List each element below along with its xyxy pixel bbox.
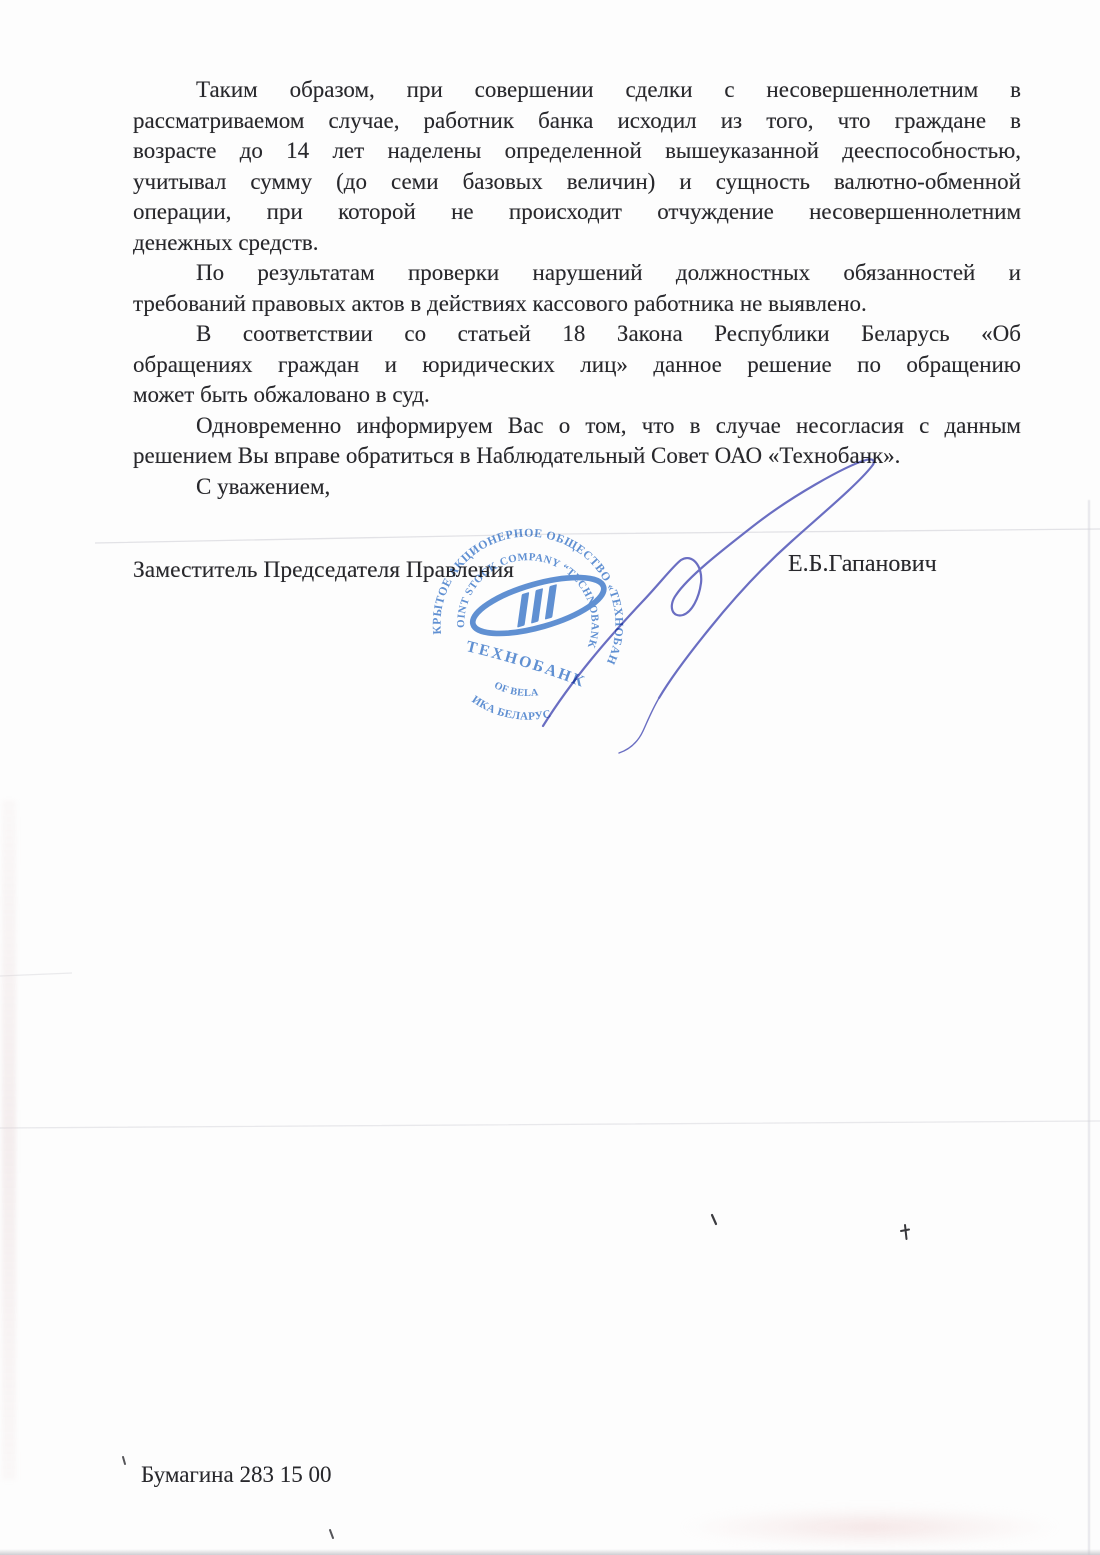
letter-paragraph: Одновременно информируем Вас о том, что … bbox=[133, 411, 1021, 472]
text-line: денежных средств. bbox=[133, 228, 1021, 259]
text-line: По результатам проверки нарушений должно… bbox=[133, 258, 1021, 289]
letter-paragraph: С уважением, bbox=[133, 472, 1021, 503]
stamp-center-label: ТЕХНОБАНК bbox=[464, 638, 588, 691]
scan-edge-line bbox=[1088, 500, 1090, 1555]
text-line: требований правовых актов в действиях ка… bbox=[133, 289, 1021, 320]
scan-edge-shadow bbox=[0, 1549, 1100, 1555]
stamp-ring-text: ОТКРЫТОЕ АКЦИОНЕРНОЕ ОБЩЕСТВО «ТЕХНОБАНК… bbox=[420, 516, 636, 732]
svg-text:ТЕХНОБАНК: ТЕХНОБАНК bbox=[464, 638, 588, 691]
technobank-round-stamp: ОТКРЫТОЕ АКЦИОНЕРНОЕ ОБЩЕСТВО «ТЕХНОБАНК… bbox=[420, 516, 636, 732]
ink-speck bbox=[330, 1530, 333, 1538]
text-line: решением Вы вправе обратиться в Наблюдат… bbox=[133, 441, 1021, 472]
text-line: обращениях граждан и юридических лиц» да… bbox=[133, 350, 1021, 381]
text-line: операции, при которой не происходит отчу… bbox=[133, 197, 1021, 228]
letter-body: Таким образом, при совершении сделки с н… bbox=[133, 75, 1021, 502]
ink-speck bbox=[712, 1215, 716, 1224]
text-line: может быть обжаловано в суд. bbox=[133, 380, 1021, 411]
text-line: возрасте до 14 лет наделены определенной… bbox=[133, 136, 1021, 167]
text-line: Одновременно информируем Вас о том, что … bbox=[133, 411, 1021, 442]
ink-speck bbox=[123, 1457, 125, 1464]
scan-smudge bbox=[680, 1506, 1060, 1548]
letter-paragraph: В соответствии со статьей 18 Закона Респ… bbox=[133, 319, 1021, 411]
scanned-letter-page: Таким образом, при совершении сделки с н… bbox=[0, 0, 1100, 1555]
paper-crease-line bbox=[0, 1121, 1100, 1128]
text-line: Таким образом, при совершении сделки с н… bbox=[133, 75, 1021, 106]
footer-note: Бумагина 283 15 00 bbox=[141, 1462, 331, 1488]
text-line: В соответствии со статьей 18 Закона Респ… bbox=[133, 319, 1021, 350]
signoff-name: Е.Б.Гапанович bbox=[788, 551, 937, 578]
scan-edge-streak bbox=[2, 800, 16, 1480]
ink-speck bbox=[901, 1225, 909, 1239]
letter-paragraph: По результатам проверки нарушений должно… bbox=[133, 258, 1021, 319]
text-line: рассматриваемом случае, работник банка и… bbox=[133, 106, 1021, 137]
text-line: учитывал сумму (до семи базовых величин)… bbox=[133, 167, 1021, 198]
letter-paragraph: Таким образом, при совершении сделки с н… bbox=[133, 75, 1021, 258]
text-line: С уважением, bbox=[133, 472, 1021, 503]
